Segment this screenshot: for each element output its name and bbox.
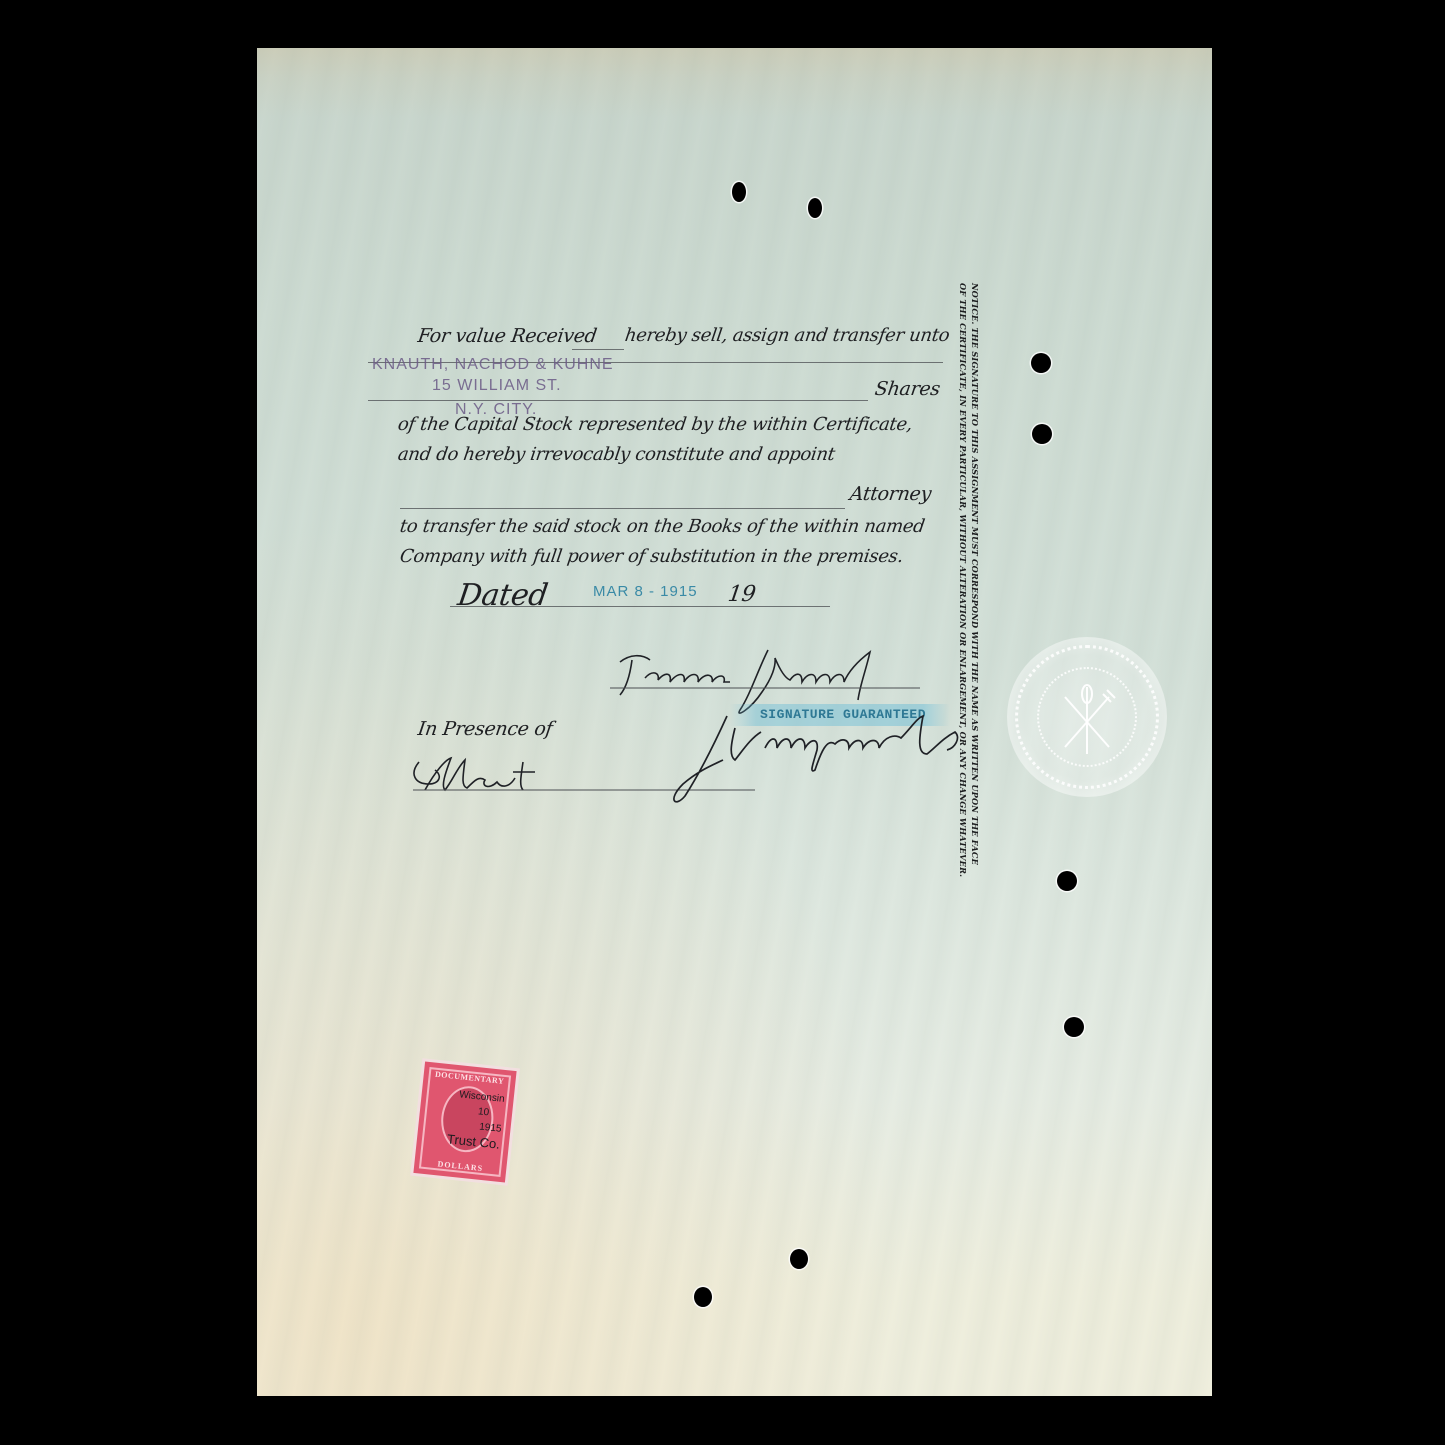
punch-hole [1031,353,1051,373]
punch-hole [694,1287,712,1307]
attorney-line [400,508,845,509]
transfer-books-text: to transfer the said stock on the Books … [399,516,926,537]
substitution-text: Company with full power of substitution … [399,546,905,567]
notice-line1: NOTICE. THE SIGNATURE TO THIS ASSIGNMENT… [969,283,981,815]
transferee-stamp-line1: KNAUTH, NACHOD & KUHNE [372,356,614,374]
punch-hole [790,1249,808,1269]
date-stamp: MAR 8 - 1915 [593,583,698,600]
sell-assign-transfer-text: hereby sell, assign and transfer unto [624,325,951,346]
transferee-stamp-line2: 15 WILLIAM ST. [432,377,562,395]
attorney-label: Attorney [848,483,932,505]
dated-label: Dated [456,578,550,613]
capital-stock-text: of the Capital Stock represented by the … [397,414,914,435]
punch-hole [1057,871,1077,891]
assignment-notice: NOTICE. THE SIGNATURE TO THIS ASSIGNMENT… [955,283,981,815]
punch-hole [808,198,822,218]
punch-hole [1032,424,1052,444]
punch-hole [732,182,746,202]
crossed-arrows-emblem-icon [1057,682,1117,757]
year-prefix: 19 [726,582,757,607]
shares-label: Shares [873,378,941,400]
documentary-revenue-stamp: DOCUMENTARY Wisconsin 10 1915 Trust Co. … [413,1061,516,1182]
stamp-cancellation: Wisconsin 10 1915 Trust Co. [446,1087,505,1152]
shares-line [368,400,868,401]
for-value-received-text: For value Received [416,325,598,347]
notice-line2: OF THE CERTIFICATE, IN EVERY PARTICULAR,… [957,283,969,815]
in-presence-of-label: In Presence of [416,718,553,740]
punch-hole [1064,1017,1084,1037]
date-line [450,606,830,607]
assignor-blank-line [572,349,624,350]
guarantor-signature [665,708,995,808]
embossed-corporate-seal [1007,637,1167,797]
irrevocably-appoint-text: and do hereby irrevocably constitute and… [397,444,837,465]
